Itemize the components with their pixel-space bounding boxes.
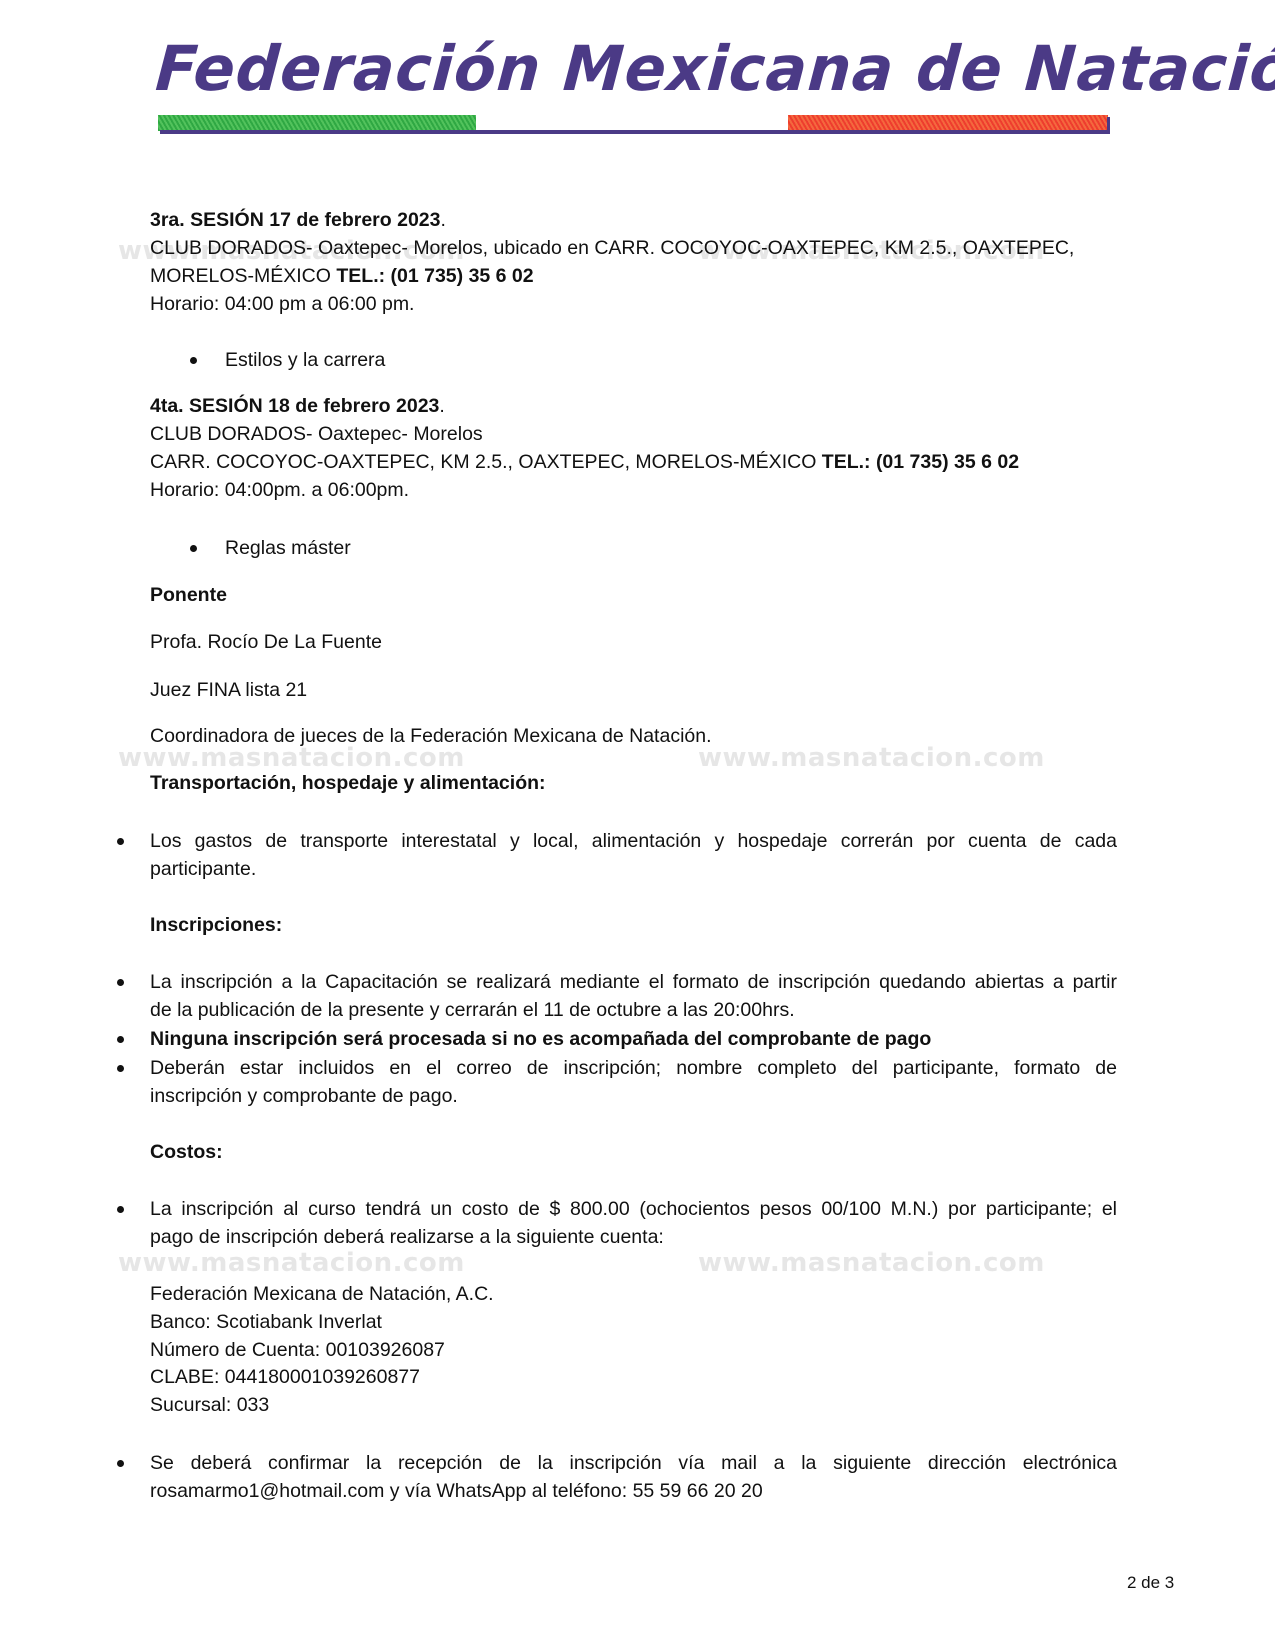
session3-venue-line2: MORELOS-MÉXICO TEL.: (01 735) 35 6 02 xyxy=(150,264,534,288)
session4-phone: TEL.: (01 735) 35 6 02 xyxy=(822,451,1019,473)
watermark: www.masnatacion.com xyxy=(698,1248,1045,1278)
costs-heading: Costos: xyxy=(150,1140,223,1164)
session3-topic: Estilos y la carrera xyxy=(225,348,385,372)
speaker-role-fina: Juez FINA lista 21 xyxy=(150,678,307,702)
watermark: www.masnatacion.com xyxy=(118,1248,465,1278)
session4-venue-line1: CLUB DORADOS- Oaxtepec- Morelos xyxy=(150,422,483,446)
registration-heading: Inscripciones: xyxy=(150,913,282,937)
costs-item-line1: La inscripción al curso tendrá un costo … xyxy=(150,1197,1117,1221)
account-branch: Sucursal: 033 xyxy=(150,1393,269,1417)
bullet-icon xyxy=(117,838,124,845)
bullet-icon xyxy=(117,1460,124,1467)
account-clabe: CLABE: 044180001039260877 xyxy=(150,1365,420,1389)
transport-item-line2: participante. xyxy=(150,857,256,881)
transport-item-line1: Los gastos de transporte interestatal y … xyxy=(150,829,1117,853)
session4-title-end: . xyxy=(439,395,444,417)
session4-location: CARR. COCOYOC-OAXTEPEC, KM 2.5., OAXTEPE… xyxy=(150,451,822,473)
session4-topic: Reglas máster xyxy=(225,536,351,560)
logo-underline xyxy=(160,130,1110,134)
registration-item1-line2: de la publicación de la presente y cerra… xyxy=(150,998,795,1022)
registration-item3-line1: Deberán estar incluidos en el correo de … xyxy=(150,1056,1117,1080)
account-bank: Banco: Scotiabank Inverlat xyxy=(150,1310,382,1334)
session4-title-bold: 4ta. SESIÓN 18 de febrero 2023 xyxy=(150,395,439,417)
bullet-icon xyxy=(117,1036,124,1043)
speaker-heading: Ponente xyxy=(150,583,227,607)
session4-venue-line2: CARR. COCOYOC-OAXTEPEC, KM 2.5., OAXTEPE… xyxy=(150,450,1019,474)
transport-heading: Transportación, hospedaje y alimentación… xyxy=(150,771,546,795)
federation-logo-title: Federación Mexicana de Natación xyxy=(154,34,1095,104)
registration-item2: Ninguna inscripción será procesada si no… xyxy=(150,1027,931,1051)
speaker-name: Profa. Rocío De La Fuente xyxy=(150,630,382,654)
session3-location: MORELOS-MÉXICO xyxy=(150,265,336,287)
bullet-icon xyxy=(190,545,197,552)
registration-item1-line1: La inscripción a la Capacitación se real… xyxy=(150,970,1117,994)
confirm-line1: Se deberá confirmar la recepción de la i… xyxy=(150,1451,1117,1475)
speaker-role-coordinator: Coordinadora de jueces de la Federación … xyxy=(150,724,712,748)
logo-green-bar xyxy=(158,115,476,131)
account-holder: Federación Mexicana de Natación, A.C. xyxy=(150,1282,494,1306)
registration-item3-line2: inscripción y comprobante de pago. xyxy=(150,1084,458,1108)
watermark: www.masnatacion.com xyxy=(698,743,1045,773)
page-number: 2 de 3 xyxy=(1127,1572,1174,1594)
session3-schedule: Horario: 04:00 pm a 06:00 pm. xyxy=(150,292,414,316)
session3-title-bold: 3ra. SESIÓN 17 de febrero 2023 xyxy=(150,209,440,231)
bullet-icon xyxy=(117,979,124,986)
costs-item-line2: pago de inscripción deberá realizarse a … xyxy=(150,1225,664,1249)
confirm-line2: rosamarmo1@hotmail.com y vía WhatsApp al… xyxy=(150,1479,763,1503)
logo-underline-end xyxy=(1107,117,1110,134)
session3-title-end: . xyxy=(440,209,445,231)
session4-schedule: Horario: 04:00pm. a 06:00pm. xyxy=(150,478,409,502)
bullet-icon xyxy=(117,1065,124,1072)
bullet-icon xyxy=(117,1206,124,1213)
logo-red-bar xyxy=(788,115,1108,131)
session3-venue-line1: CLUB DORADOS- Oaxtepec- Morelos, ubicado… xyxy=(150,236,1074,260)
bullet-icon xyxy=(190,357,197,364)
session3-title: 3ra. SESIÓN 17 de febrero 2023. xyxy=(150,208,446,232)
session4-title: 4ta. SESIÓN 18 de febrero 2023. xyxy=(150,394,445,418)
document-page: Federación Mexicana de Natación www.masn… xyxy=(0,0,1275,1650)
session3-phone: TEL.: (01 735) 35 6 02 xyxy=(336,265,533,287)
account-number: Número de Cuenta: 00103926087 xyxy=(150,1338,445,1362)
